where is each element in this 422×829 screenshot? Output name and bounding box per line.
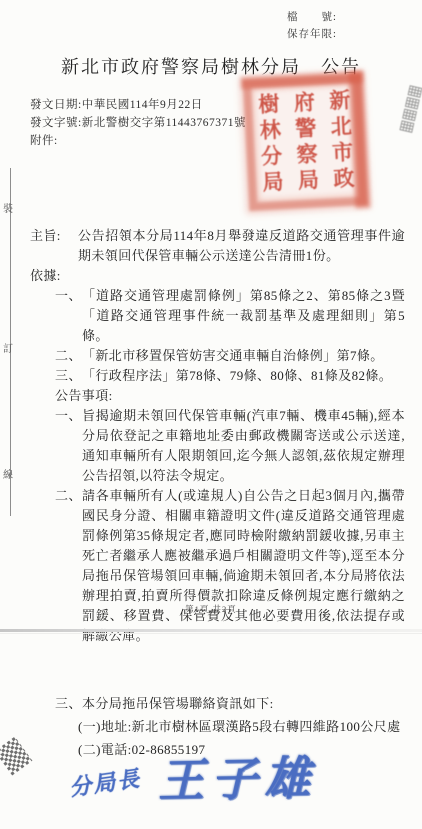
item-text: 旨揭逾期未領回代保管車輛(汽車7輛、機車45輛),經本分局依登記之車籍地址委由郵… — [82, 406, 405, 486]
signature: 分局長 王子雄 — [70, 756, 318, 806]
contact-address: (一)地址:新北市樹林區環漢路5段右轉四維路100公尺處 — [78, 715, 405, 738]
contact-item: 三、 本分局拖吊保管場聯絡資訊如下: — [55, 692, 405, 715]
official-seal: 新北市政 府警察局 樹林分局 — [243, 74, 368, 211]
binding-char: 裝 — [3, 200, 13, 215]
page-fold-shadow-light — [0, 633, 422, 634]
subject-row: 主旨: 公告招領本分局114年8月舉發違反道路交通管理事件逾期未領回代保管車輛公… — [30, 226, 405, 266]
subject-text: 公告招領本分局114年8月舉發違反道路交通管理事件逾期未領回代保管車輛公示送達公… — [78, 226, 405, 266]
file-number-label: 檔 號: — [287, 9, 337, 26]
binding-char: 訂 — [3, 340, 13, 355]
document-page: 檔 號: 保存年限: 新北市政府警察局樹林分局 公告 發文日期:中華民國114年… — [0, 0, 422, 829]
margin-stamp-glyph — [408, 85, 422, 98]
issue-date: 發文日期:中華民國114年9月22日 — [30, 96, 246, 114]
file-number-block: 檔 號: 保存年限: — [287, 9, 337, 43]
body-page1: 主旨: 公告招領本分局114年8月舉發違反道路交通管理事件逾期未領回代保管車輛公… — [30, 226, 405, 646]
item-number: 三、 — [55, 692, 82, 715]
announcement-label: 公告事項: — [55, 386, 405, 406]
doc-number: 發文字號:新北警樹交字第11443767371號 — [30, 114, 246, 132]
basis-label: 依據: — [30, 266, 405, 286]
basis-item: 三、 「行政程序法」第78條、79條、80條、81條及82條。 — [55, 366, 405, 386]
barcode-stamp — [0, 737, 32, 776]
item-text: 「新北市移置保管妨害交通車輛自治條例」第7條。 — [82, 346, 405, 366]
page-fold-shadow — [0, 629, 422, 632]
item-text: 「道路交通管理處罰條例」第85條之2、第85條之3暨「道路交通管理事件統一裁罰基… — [82, 286, 405, 346]
item-number: 一、 — [55, 406, 82, 486]
body-page2: 三、 本分局拖吊保管場聯絡資訊如下: (一)地址:新北市樹林區環漢路5段右轉四維… — [30, 692, 405, 761]
attachment-label: 附件: — [30, 132, 246, 150]
seal-text: 新北市政 府警察局 樹林分局 — [256, 86, 354, 200]
item-text: 「行政程序法」第78條、79條、80條、81條及82條。 — [82, 366, 405, 386]
seal-column: 府警察局 — [292, 88, 319, 198]
item-text: 本分局拖吊保管場聯絡資訊如下: — [82, 692, 405, 715]
item-number: 二、 — [55, 346, 82, 366]
binding-char: 線 — [3, 466, 13, 481]
margin-stamp-glyph — [402, 109, 417, 122]
announcement-item: 二、 請各車輛所有人(或違規人)自公告之日起3個月內,攜帶國民身分證、相關車籍證… — [55, 486, 405, 646]
margin-stamp — [399, 85, 422, 137]
meta-block: 發文日期:中華民國114年9月22日 發文字號:新北警樹交字第114437673… — [30, 96, 246, 150]
announcement-item: 一、 旨揭逾期未領回代保管車輛(汽車7輛、機車45輛),經本分局依登記之車籍地址… — [55, 406, 405, 486]
margin-stamp-glyph — [399, 120, 414, 133]
seal-column: 新北市政 — [327, 86, 354, 196]
item-number: 二、 — [55, 486, 82, 646]
basis-item: 二、 「新北市移置保管妨害交通車輛自治條例」第7條。 — [55, 346, 405, 366]
subject-label: 主旨: — [30, 226, 78, 266]
item-text: 請各車輛所有人(或違規人)自公告之日起3個月內,攜帶國民身分證、相關車籍證明文件… — [82, 486, 405, 646]
basis-item: 一、 「道路交通管理處罰條例」第85條之2、第85條之3暨「道路交通管理事件統一… — [55, 286, 405, 346]
retention-label: 保存年限: — [287, 26, 337, 43]
signature-title: 分局長 — [67, 762, 143, 803]
seal-column: 樹林分局 — [256, 89, 283, 199]
item-number: 三、 — [55, 366, 82, 386]
signature-name: 王子雄 — [158, 756, 318, 805]
item-number: 一、 — [55, 286, 82, 346]
page-footer: 第1頁,共2頁 — [0, 603, 422, 615]
margin-stamp-glyph — [405, 97, 420, 110]
